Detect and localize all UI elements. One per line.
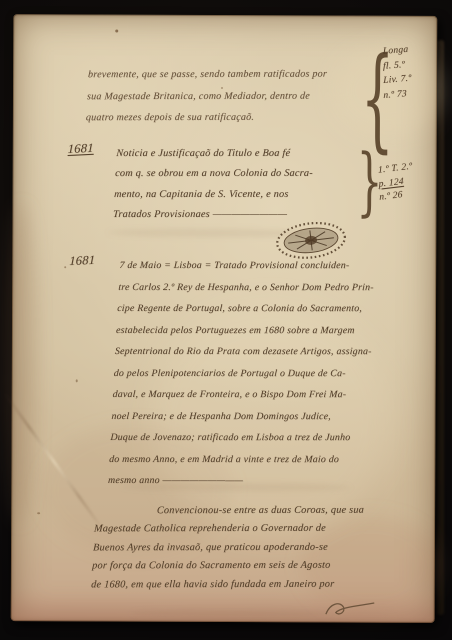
entry-margin-reference: 1.º T. 2.º p. 124 n.º 26 [378,161,414,206]
text-line: cipe Regente de Portugal, sobre a Coloni… [117,298,375,320]
manuscript-page: brevemente, que se passe, sendo tambem r… [11,14,438,623]
paper-crease [3,392,105,532]
text-line: noel Pereira; e de Hespanha Dom Domingos… [111,405,369,427]
ink-speck [64,266,66,268]
text-line: Septentrional do Rio da Prata com dezase… [114,341,372,363]
text-line: do pelos Plenipotenciarios de Portugal o… [113,362,371,384]
page-edge [437,40,444,615]
ink-speck [76,379,78,382]
paragraph-continuation: brevemente, que se passe, sendo tambem r… [85,64,327,129]
text-line: estabelecida pelos Portuguezes em 1680 s… [115,319,373,341]
treaty-entry: 7 de Maio = Lisboa = Tratado Provisional… [107,255,376,492]
catchword-flourish-icon [322,597,380,626]
text-line: com q. se obrou em a nova Colonia do Sac… [115,164,314,185]
ink-speck [115,30,118,33]
ink-speck [37,512,40,514]
text-line: por força da Colonia do Sacramento em se… [92,557,362,576]
entry-year: 1681 [68,141,94,157]
text-line: Convencionou-se entre as duas Coroas, qu… [94,502,364,521]
margin-reference-top: Longa fl. 5.º Liv. 7.º n.º 73 [383,43,412,103]
paper-stain [3,204,38,524]
margin-reference-line: n.º 73 [383,86,411,103]
text-line: mento, na Capitania de S. Vicente, e nos [114,185,313,206]
margin-reference-line: Longa [383,43,411,60]
text-line: 7 de Maio = Lisboa = Tratado Provisional… [119,255,377,277]
margin-reference-line: Liv. 7.º [383,72,411,89]
text-line: de 1680, em que ella havia sido fundada … [91,575,361,594]
entry-year: 1681 [69,253,95,269]
text-line: Buenos Ayres da invasaõ, que praticou ap… [93,538,363,557]
entry-title: Noticia e Justificaçaõ do Titulo e Boa f… [112,144,314,226]
text-line: Noticia e Justificaçaõ do Titulo e Boa f… [116,144,315,165]
text-line: Magestade Catholica reprehenderia o Gove… [93,520,363,539]
text-line: tre Carlos 2.º Rey de Hespanha, e o Senh… [118,276,376,298]
text-line: Duque de Jovenazo; ratificado em Lisboa … [110,427,368,449]
text-line: daval, e Marquez de Fronteira, e o Bispo… [112,384,370,406]
text-line: quatro mezes depois de sua ratificaçaõ. [85,107,325,129]
text-line: sua Magestade Britanica, como Mediador, … [86,85,326,107]
margin-reference-line: n.º 26 [379,188,414,206]
closing-paragraph: Convencionou-se entre as duas Coroas, qu… [91,502,365,595]
manuscript-photo: brevemente, que se passe, sendo tambem r… [0,0,452,640]
text-line: do mesmo Anno, e em Madrid a vinte e tre… [109,448,367,470]
text-line: mesmo anno ————————— [107,470,365,492]
text-line: brevemente, que se passe, sendo tambem r… [88,64,328,86]
